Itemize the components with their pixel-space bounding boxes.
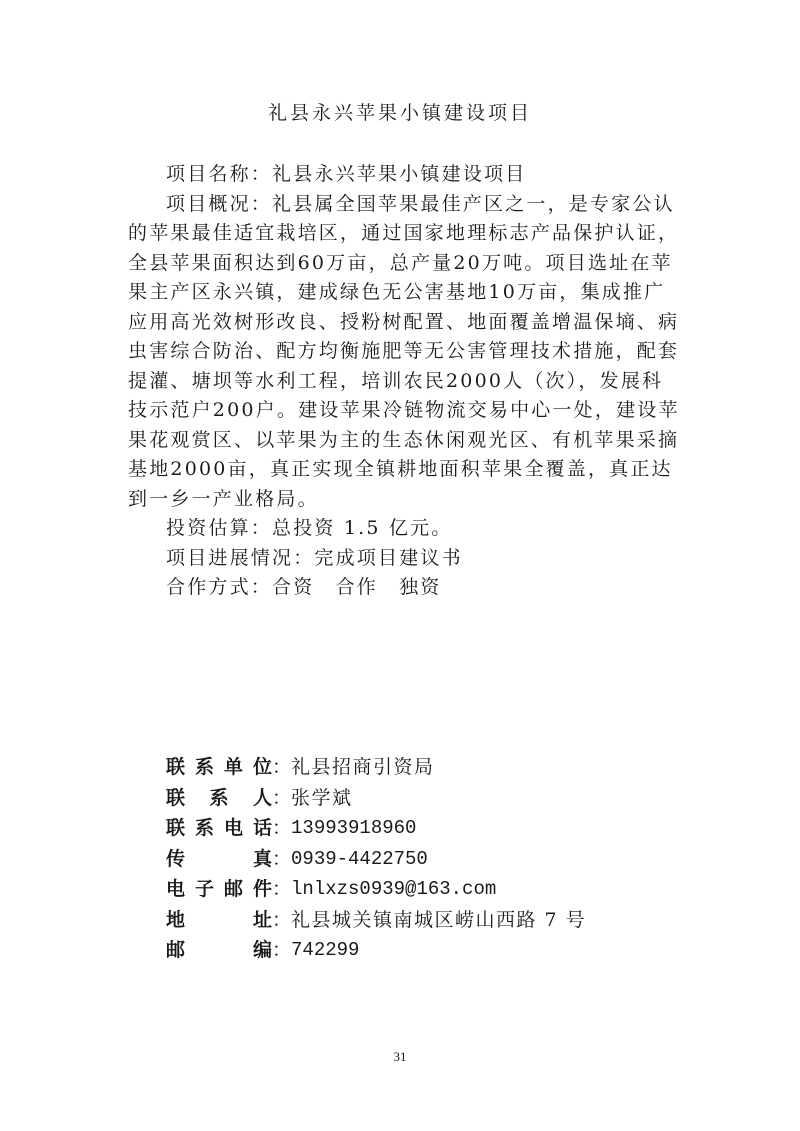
project-name-line: 项目名称：礼县永兴苹果小镇建设项目	[166, 160, 678, 190]
document-title: 礼县永兴苹果小镇建设项目	[0, 98, 800, 125]
contact-postcode-value: 742299	[291, 935, 359, 966]
overview-line: 基地2000亩，真正实现全镇耕地面积苹果全覆盖，真正达	[128, 455, 678, 485]
contact-email-label: 电子邮件	[166, 874, 272, 905]
label-char: 址	[253, 905, 272, 936]
contact-phone-row: 联系电话 ： 13993918960	[166, 813, 586, 844]
contact-address-row: 地址 ： 礼县城关镇南城区崂山西路 7 号	[166, 905, 586, 936]
colon: ：	[272, 844, 291, 875]
contact-postcode-label: 邮编	[166, 935, 272, 966]
label-char: 系	[209, 783, 228, 814]
contact-phone-label: 联系电话	[166, 813, 272, 844]
label-char: 真	[253, 844, 272, 875]
label-char: 单	[224, 752, 243, 783]
label-char: 联	[166, 813, 185, 844]
label-char: 联	[166, 752, 185, 783]
colon: ：	[272, 783, 291, 814]
overview-line: 的苹果最佳适宜栽培区，通过国家地理标志产品保护认证，	[128, 219, 678, 249]
colon: ：	[272, 935, 291, 966]
contact-fax-label: 传真	[166, 844, 272, 875]
cooperation-line: 合作方式：合资 合作 独资	[166, 573, 678, 603]
overview-line: 果花观赏区、以苹果为主的生态休闲观光区、有机苹果采摘	[128, 426, 678, 456]
label-char: 电	[224, 813, 243, 844]
label-char: 系	[195, 752, 214, 783]
overview-line: 项目概况：礼县属全国苹果最佳产区之一，是专家公认	[166, 190, 678, 220]
label-char: 系	[195, 813, 214, 844]
contact-email-value: lnlxzs0939@163.com	[291, 874, 496, 905]
contact-phone-value: 13993918960	[291, 813, 416, 844]
label-char: 位	[253, 752, 272, 783]
overview-line: 应用高光效树形改良、授粉树配置、地面覆盖增温保墒、病	[128, 308, 678, 338]
contact-address-label: 地址	[166, 905, 272, 936]
contact-unit-row: 联系单位 ： 礼县招商引资局	[166, 752, 586, 783]
contact-section: 联系单位 ： 礼县招商引资局 联系人 ： 张学斌 联系电话 ： 13993918…	[166, 752, 586, 966]
contact-person-row: 联系人 ： 张学斌	[166, 783, 586, 814]
overview-line: 提灌、塘坝等水利工程，培训农民2000人（次），发展科	[128, 367, 678, 397]
overview-line: 全县苹果面积达到60万亩，总产量20万吨。项目选址在苹	[128, 249, 678, 279]
contact-address-value: 礼县城关镇南城区崂山西路 7 号	[291, 905, 586, 936]
label-char: 邮	[166, 935, 185, 966]
contact-unit-value: 礼县招商引资局	[291, 752, 435, 783]
label-char: 联	[166, 783, 185, 814]
colon: ：	[272, 874, 291, 905]
contact-fax-row: 传真 ： 0939-4422750	[166, 844, 586, 875]
label-char: 子	[195, 874, 214, 905]
label-char: 人	[253, 783, 272, 814]
colon: ：	[272, 813, 291, 844]
project-name-value: 礼县永兴苹果小镇建设项目	[272, 163, 526, 185]
overview-line: 到一乡一产业格局。	[128, 485, 678, 515]
label-char: 传	[166, 844, 185, 875]
contact-fax-value: 0939-4422750	[291, 844, 428, 875]
progress-line: 项目进展情况：完成项目建议书	[166, 544, 678, 574]
colon: ：	[272, 752, 291, 783]
contact-person-value: 张学斌	[291, 783, 353, 814]
label-char: 电	[166, 874, 185, 905]
colon: ：	[272, 905, 291, 936]
project-section: 项目名称：礼县永兴苹果小镇建设项目 项目概况：礼县属全国苹果最佳产区之一，是专家…	[166, 160, 678, 603]
page-number: 31	[0, 1049, 800, 1065]
project-name-label: 项目名称：	[166, 163, 272, 185]
label-char: 编	[253, 935, 272, 966]
label-char: 邮	[224, 874, 243, 905]
overview-line: 虫害综合防治、配方均衡施肥等无公害管理技术措施，配套	[128, 337, 678, 367]
label-char: 地	[166, 905, 185, 936]
overview-line: 技示范户200户。建设苹果冷链物流交易中心一处，建设苹	[128, 396, 678, 426]
contact-person-label: 联系人	[166, 783, 272, 814]
contact-unit-label: 联系单位	[166, 752, 272, 783]
contact-postcode-row: 邮编 ： 742299	[166, 935, 586, 966]
contact-email-row: 电子邮件 ： lnlxzs0939@163.com	[166, 874, 586, 905]
overview-line: 果主产区永兴镇，建成绿色无公害基地10万亩，集成推广	[128, 278, 678, 308]
investment-line: 投资估算：总投资 1.5 亿元。	[166, 514, 678, 544]
label-char: 话	[253, 813, 272, 844]
label-char: 件	[253, 874, 272, 905]
